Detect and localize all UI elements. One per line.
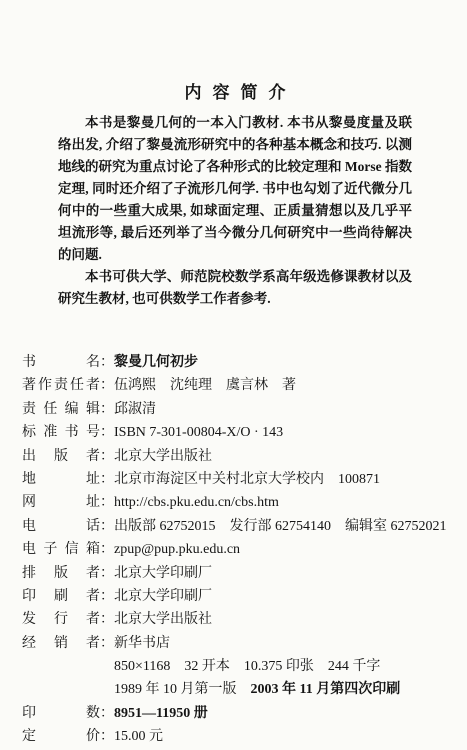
- colophon-value: 15.00 元: [114, 725, 163, 748]
- colophon-value: 伍鸿熙 沈纯理 虞言林 著: [114, 374, 296, 397]
- colophon-label: 网址: [22, 491, 100, 514]
- colophon-label: 经销者: [22, 632, 100, 655]
- colophon-label: 电话: [22, 515, 100, 538]
- colophon-colon: ：: [100, 702, 114, 725]
- colophon-value: 850×1168 32 开本 10.375 印张 244 千字: [114, 655, 380, 678]
- content-summary-section: 内容简介 本书是黎曼几何的一本入门教材. 本书从黎曼度量及联络出发, 介绍了黎曼…: [58, 82, 412, 310]
- colophon-colon: ：: [100, 398, 114, 421]
- book-colophon-page: 内容简介 本书是黎曼几何的一本入门教材. 本书从黎曼度量及联络出发, 介绍了黎曼…: [0, 0, 467, 750]
- colophon-row: 经销者：新华书店: [22, 632, 447, 655]
- colophon-row: 1989 年 10 月第一版 2003 年 11 月第四次印刷: [22, 678, 447, 701]
- colophon-row: 标准书号：ISBN 7-301-00804-X/O · 143: [22, 421, 447, 444]
- colophon-value: ISBN 7-301-00804-X/O · 143: [114, 421, 283, 444]
- colophon-row: 地址：北京市海淀区中关村北京大学校内 100871: [22, 468, 447, 491]
- colophon-value: 出版部 62752015 发行部 62754140 编辑室 62752021: [114, 515, 447, 538]
- colophon-label: 著作责任者: [22, 374, 100, 397]
- colophon-value: zpup@pup.pku.edu.cn: [114, 538, 240, 561]
- colophon-label: 印数: [22, 702, 100, 725]
- colophon-colon: ：: [100, 374, 114, 397]
- colophon-colon: ：: [100, 351, 114, 374]
- colophon-label: 发行者: [22, 608, 100, 631]
- colophon-label: 地址: [22, 468, 100, 491]
- colophon-colon: ：: [100, 468, 114, 491]
- colophon-label: 定价: [22, 725, 100, 748]
- content-summary-paragraph-2: 本书可供大学、师范院校数学系高年级选修课教材以及研究生教材, 也可供数学工作者参…: [58, 266, 412, 310]
- colophon-colon: ：: [100, 515, 114, 538]
- colophon-value: 北京大学出版社: [114, 608, 212, 631]
- colophon-list: 书名：黎曼几何初步著作责任者：伍鸿熙 沈纯理 虞言林 著责任编辑：邱淑清标准书号…: [22, 351, 447, 749]
- colophon-label: 印刷者: [22, 585, 100, 608]
- colophon-value: http://cbs.pku.edu.cn/cbs.htm: [114, 491, 279, 514]
- colophon-row: 网址：http://cbs.pku.edu.cn/cbs.htm: [22, 491, 447, 514]
- colophon-label: 标准书号: [22, 421, 100, 444]
- content-summary-paragraph-1: 本书是黎曼几何的一本入门教材. 本书从黎曼度量及联络出发, 介绍了黎曼流形研究中…: [58, 112, 412, 266]
- colophon-row: 850×1168 32 开本 10.375 印张 244 千字: [22, 655, 447, 678]
- content-summary-title: 内容简介: [58, 82, 412, 104]
- colophon-value: 黎曼几何初步: [114, 351, 198, 374]
- colophon-value: 8951—11950 册: [114, 702, 208, 725]
- colophon-label: 排版者: [22, 562, 100, 585]
- colophon-colon: ：: [100, 562, 114, 585]
- colophon-colon: ：: [100, 632, 114, 655]
- colophon-label: 书名: [22, 351, 100, 374]
- colophon-row: 定价：15.00 元: [22, 725, 447, 748]
- colophon-row: 发行者：北京大学出版社: [22, 608, 447, 631]
- colophon-label: 电子信箱: [22, 538, 100, 561]
- colophon-value: 北京市海淀区中关村北京大学校内 100871: [114, 468, 380, 491]
- colophon-value: 新华书店: [114, 632, 170, 655]
- colophon-colon: ：: [100, 585, 114, 608]
- colophon-row: 排版者：北京大学印刷厂: [22, 562, 447, 585]
- colophon-row: 出版者：北京大学出版社: [22, 445, 447, 468]
- colophon-colon: ：: [100, 608, 114, 631]
- colophon-colon: ：: [100, 445, 114, 468]
- colophon-row: 责任编辑：邱淑清: [22, 398, 447, 421]
- colophon-row: 电话：出版部 62752015 发行部 62754140 编辑室 6275202…: [22, 515, 447, 538]
- colophon-row: 书名：黎曼几何初步: [22, 351, 447, 374]
- colophon-colon: ：: [100, 491, 114, 514]
- colophon-row: 电子信箱：zpup@pup.pku.edu.cn: [22, 538, 447, 561]
- colophon-value: 邱淑清: [114, 398, 156, 421]
- colophon-colon: ：: [100, 725, 114, 748]
- colophon-value: 北京大学出版社: [114, 445, 212, 468]
- colophon-value: 北京大学印刷厂: [114, 585, 212, 608]
- colophon-colon: ：: [100, 538, 114, 561]
- colophon-row: 印刷者：北京大学印刷厂: [22, 585, 447, 608]
- colophon-label: 出版者: [22, 445, 100, 468]
- colophon-value: 北京大学印刷厂: [114, 562, 212, 585]
- colophon-colon: ：: [100, 421, 114, 444]
- colophon-value: 1989 年 10 月第一版 2003 年 11 月第四次印刷: [114, 678, 400, 701]
- colophon-label: 责任编辑: [22, 398, 100, 421]
- colophon-row: 著作责任者：伍鸿熙 沈纯理 虞言林 著: [22, 374, 447, 397]
- colophon-row: 印数：8951—11950 册: [22, 702, 447, 725]
